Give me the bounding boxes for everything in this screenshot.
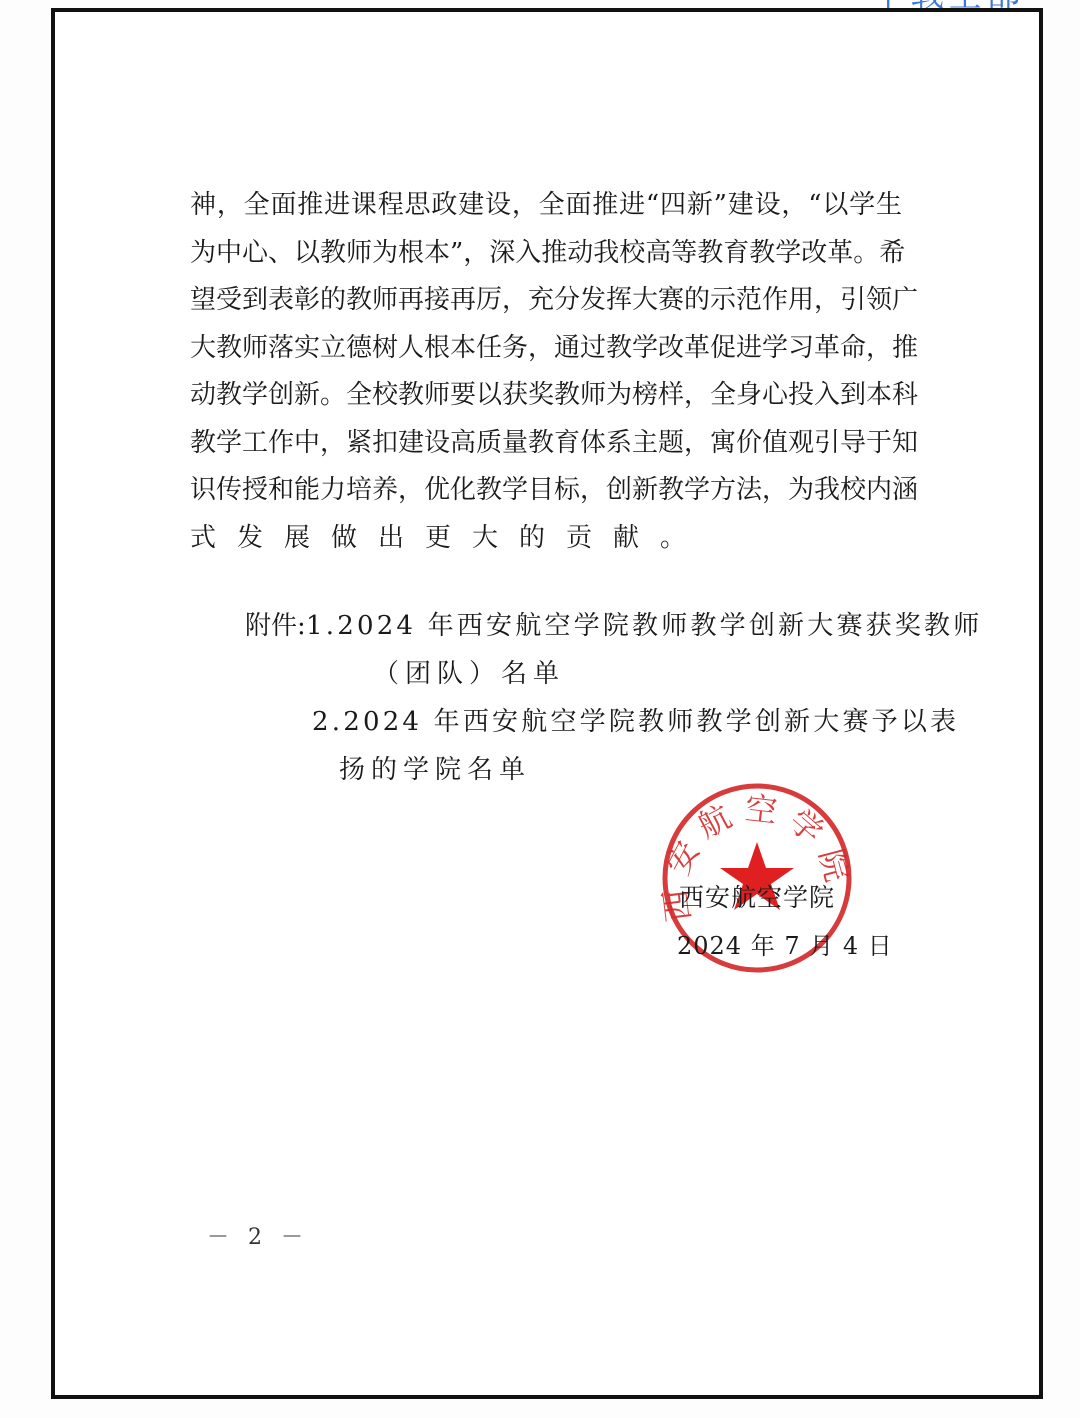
attachment-item-2: 2.2024 年西安航空学院教师教学创新大赛予以表 [312,698,959,746]
attachment-item-2-cont: 扬的学院名单 [339,746,531,794]
body-line: 望受到表彰的教师再接再厉，充分发挥大赛的示范作用，引领广 [190,277,902,325]
body-line: 式发展做出更大的贡献。 [190,515,902,563]
body-paragraph: 神，全面推进课程思政建设，全面推进“四新”建设，“以学生 为中心、以教师为根本”… [190,182,902,562]
signature-org: 西安航空学院 [679,878,835,914]
body-line: 神，全面推进课程思政建设，全面推进“四新”建设，“以学生 [190,182,902,230]
signature-date: 2024 年 7 月 4 日 [677,926,893,961]
body-line: 教学工作中，紧扣建设高质量教育体系主题，寓价值观引导于知 [190,420,902,468]
body-line: 动教学创新。全校教师要以获奖教师为榜样，全身心投入到本科 [190,372,902,420]
body-line: 大教师落实立德树人根本任务，通过教学改革促进学习革命，推 [190,325,902,373]
attachment-item-1: 1.2024 年西安航空学院教师教学创新大赛获奖教师 [306,602,982,650]
page-number: － 2 － [207,1220,309,1251]
attachments-label: 附件: [245,602,306,650]
body-line: 为中心、以教师为根本”，深入推动我校高等教育教学改革。希 [190,230,902,278]
attachment-item-1-cont: （团队）名单 [373,650,565,698]
document-page: 神，全面推进课程思政建设，全面推进“四新”建设，“以学生 为中心、以教师为根本”… [51,8,1043,1399]
body-line: 识传授和能力培养，优化教学目标，创新教学方法，为我校内涵 [190,467,902,515]
